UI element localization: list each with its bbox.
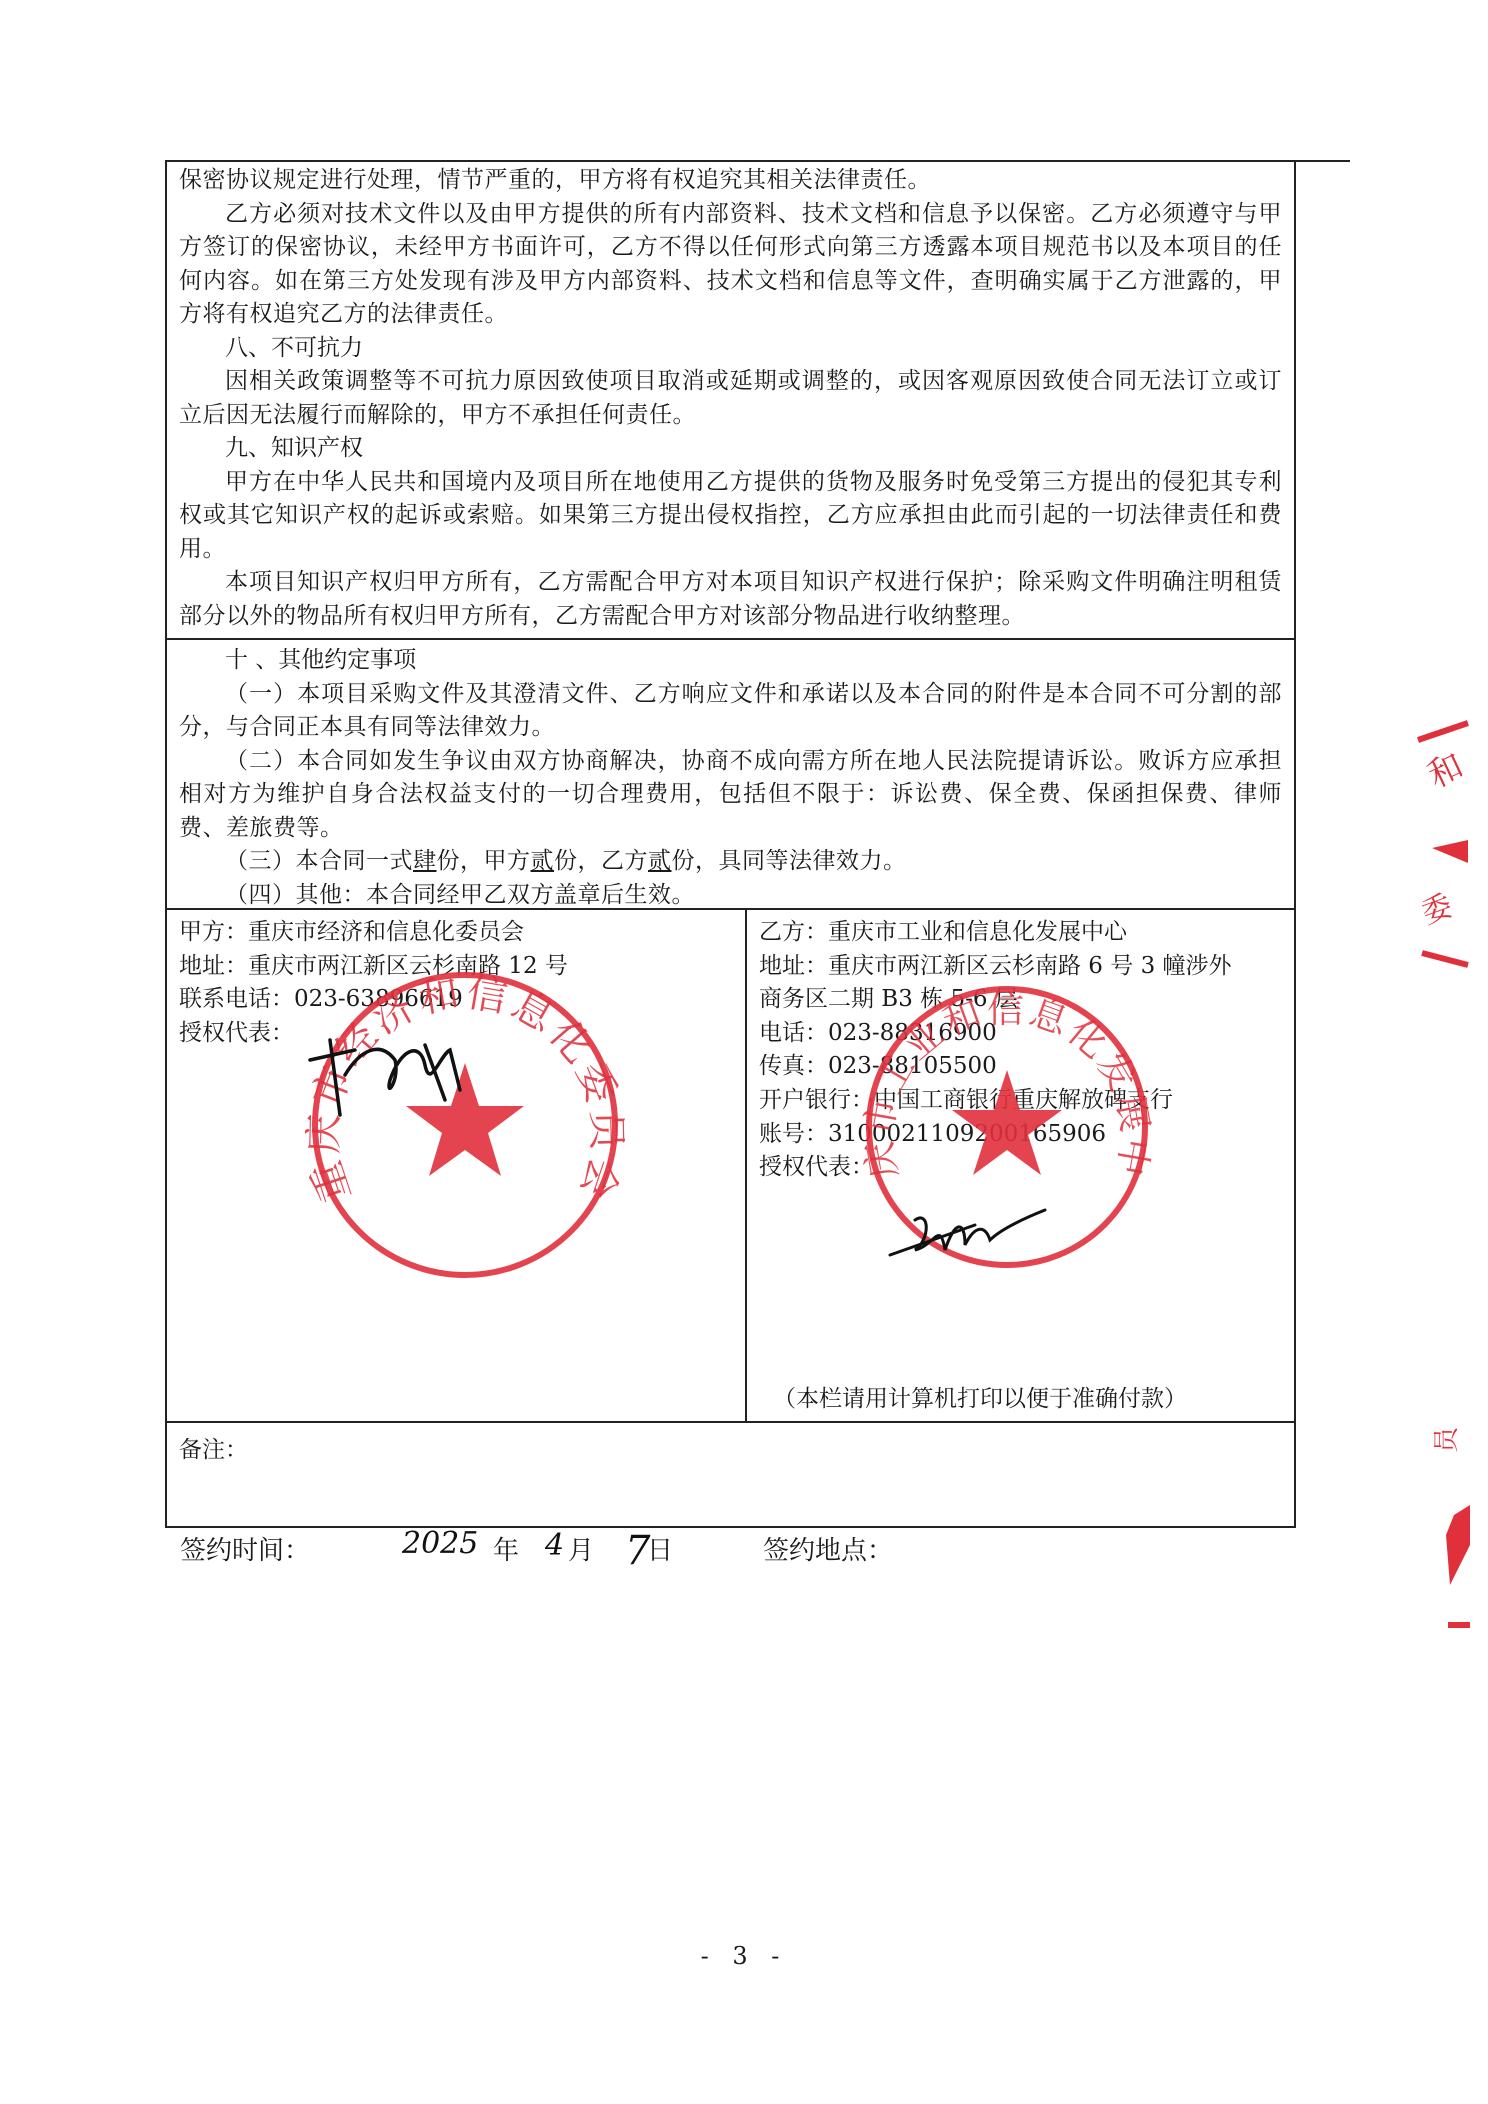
force-majeure-heading: 八、不可抗力: [179, 332, 1282, 366]
party-b-fax: 传真：023-88105500: [759, 1050, 1284, 1084]
party-b-rep: 授权代表：: [759, 1151, 1284, 1185]
term3-suffix: 份，具同等法律效力。: [672, 848, 907, 874]
svg-text:委: 委: [1417, 888, 1457, 931]
other-terms-heading: 十 、其他约定事项: [179, 644, 1282, 678]
party-b-address: 地址：重庆市两江新区云杉南路 6 号 3 幢涉外: [759, 950, 1284, 984]
contract-page: 保密协议规定进行处理，情节严重的，甲方将有权追究其相关法律责任。 乙方必须对技术…: [0, 0, 1488, 2104]
party-b-name: 乙方：重庆市工业和信息化发展中心: [759, 916, 1284, 950]
contract-table: 保密协议规定进行处理，情节严重的，甲方将有权追究其相关法律责任。 乙方必须对技术…: [165, 160, 1296, 1528]
other-term-4: （四）其他：本合同经甲乙双方盖章后生效。: [179, 879, 1282, 913]
signing-place-label: 签约地点：: [763, 1530, 893, 1567]
parties-row: 甲方：重庆市经济和信息化委员会 地址：重庆市两江新区云杉南路 12 号 联系电话…: [167, 910, 1294, 1423]
term3-prefix: （三）本合同一式: [225, 848, 413, 874]
other-term-2: （二）本合同如发生争议由双方协商解决，协商不成向需方所在地人民法院提请诉讼。败诉…: [179, 745, 1282, 846]
party-b-block: 乙方：重庆市工业和信息化发展中心 地址：重庆市两江新区云杉南路 6 号 3 幢涉…: [747, 910, 1294, 1421]
confidentiality-paragraph: 乙方必须对技术文件以及由甲方提供的所有内部资料、技术文档和信息予以保密。乙方必须…: [179, 198, 1282, 332]
svg-text:员: 员: [1432, 1425, 1462, 1453]
force-majeure-text: 因相关政策调整等不可抗力原因致使项目取消或延期或调整的，或因客观原因致使合同无法…: [179, 365, 1282, 432]
ip-heading: 九、知识产权: [179, 432, 1282, 466]
page-number: - 3 -: [0, 1942, 1488, 1970]
remarks-label: 备注：: [167, 1423, 1294, 1472]
confidentiality-tail: 保密协议规定进行处理，情节严重的，甲方将有权追究其相关法律责任。: [179, 164, 1282, 198]
copies-total: 肆: [413, 848, 437, 874]
clauses-row: 保密协议规定进行处理，情节严重的，甲方将有权追究其相关法律责任。 乙方必须对技术…: [167, 160, 1294, 640]
other-terms-row: 十 、其他约定事项 （一）本项目采购文件及其澄清文件、乙方响应文件和承诺以及本合…: [167, 640, 1294, 910]
party-a-address: 地址：重庆市两江新区云杉南路 12 号: [179, 950, 735, 984]
other-term-1: （一）本项目采购文件及其澄清文件、乙方响应文件和承诺以及本合同的附件是本合同不可…: [179, 678, 1282, 745]
signing-month: 4: [545, 1528, 564, 1563]
remarks-row: 备注：: [167, 1423, 1294, 1526]
term3-mid1: 份，甲方: [437, 848, 531, 874]
party-a-name: 甲方：重庆市经济和信息化委员会: [179, 916, 735, 950]
party-b-bank: 开户银行：中国工商银行重庆解放碑支行: [759, 1084, 1284, 1118]
copies-party-b: 贰: [648, 848, 672, 874]
print-note: （本栏请用计算机打印以便于准确付款）: [773, 1380, 1187, 1413]
ip-text-2: 本项目知识产权归甲方所有，乙方需配合甲方对本项目知识产权进行保护；除采购文件明确…: [179, 566, 1282, 633]
party-b-account: 账号：3100021109200165906: [759, 1118, 1284, 1152]
party-b-phone: 电话：023-88316900: [759, 1017, 1284, 1051]
party-a-phone: 联系电话：023-63896619: [179, 983, 735, 1017]
year-unit: 年: [493, 1530, 519, 1567]
ip-text-1: 甲方在中华人民共和国境内及项目所在地使用乙方提供的货物及服务时免受第三方提出的侵…: [179, 466, 1282, 567]
day-unit: 日: [647, 1530, 673, 1567]
signing-time-label: 签约时间：: [180, 1530, 310, 1567]
signing-line: 签约时间： 2025 年 4 月 7 日 签约地点：: [180, 1530, 1080, 1590]
month-unit: 月: [568, 1530, 594, 1567]
signing-year: 2025: [402, 1526, 478, 1561]
party-b-address-line2: 商务区二期 B3 栋 5-6 层: [759, 983, 1284, 1017]
party-a-block: 甲方：重庆市经济和信息化委员会 地址：重庆市两江新区云杉南路 12 号 联系电话…: [167, 910, 747, 1421]
other-term-3: （三）本合同一式肆份，甲方贰份，乙方贰份，具同等法律效力。: [179, 845, 1282, 879]
party-a-rep: 授权代表：: [179, 1017, 735, 1051]
term3-mid2: 份，乙方: [554, 848, 648, 874]
svg-text:和: 和: [1422, 746, 1470, 797]
copies-party-a: 贰: [531, 848, 555, 874]
edge-seam-seal: 和 委 员: [1410, 715, 1488, 1635]
